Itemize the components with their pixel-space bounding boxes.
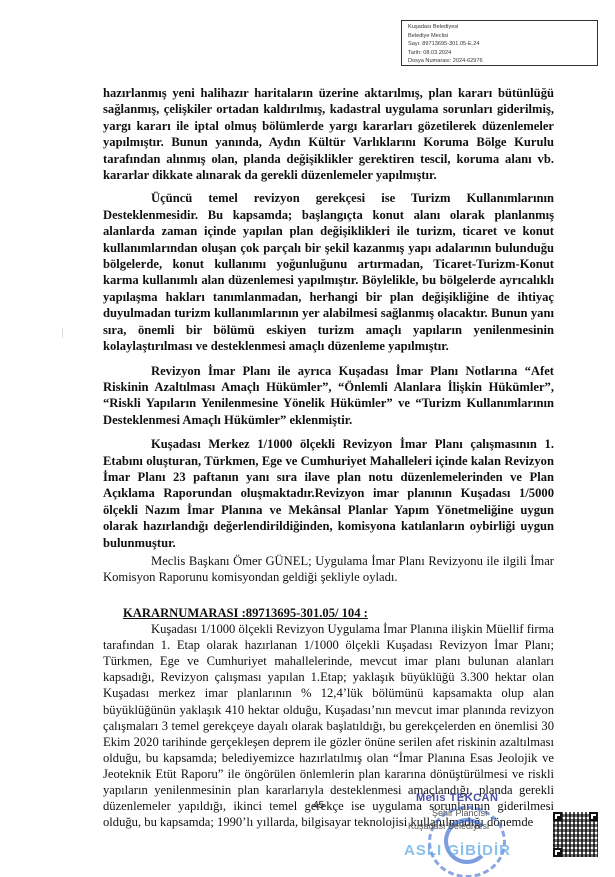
official-stamp: Melis TEKCAN Şehir Plancısı Kuşadası Bel…	[396, 790, 536, 877]
qr-finder-icon	[553, 848, 562, 857]
header-file-number: Dosya Numarası: 2024-62976	[408, 57, 591, 66]
stamp-signer-name: Melis TEKCAN	[416, 792, 498, 804]
paragraph-continuation: hazırlanmış yeni halihazır haritaların ü…	[103, 85, 554, 183]
paragraph-plan-notes: Revizyon İmar Planı ile ayrıca Kuşadası …	[103, 363, 554, 429]
stamp-organization: Kuşadası Belediyesi	[408, 821, 489, 831]
decision-number-title: KARARNUMARASI :89713695-301.05/ 104 :	[123, 605, 554, 621]
qr-finder-icon	[589, 812, 598, 821]
paragraph-merkez-plan: Kuşadası Merkez 1/1000 ölçekli Revizyon …	[103, 436, 554, 551]
stamp-signer-role: Şehir Plancısı	[432, 808, 488, 818]
document-header-box: Kuşadası Belediyesi Belediye Meclisi Say…	[401, 20, 598, 66]
qr-finder-icon	[553, 812, 562, 821]
header-council: Belediye Meclisi	[408, 32, 591, 41]
vote-text: Meclis Başkanı Ömer GÜNEL; Uygulama İmar…	[103, 553, 554, 585]
commission-report-body: hazırlanmış yeni halihazır haritaların ü…	[103, 85, 554, 551]
qr-code-icon	[553, 812, 598, 857]
paragraph-third-reason: Üçüncü temel revizyon gerekçesi ise Turi…	[103, 190, 554, 354]
page-number: 45	[313, 800, 324, 811]
margin-mark	[62, 328, 71, 338]
stamp-certified-copy: ASLI GİBİDİR	[404, 842, 511, 859]
header-institution: Kuşadası Belediyesi	[408, 23, 591, 32]
header-number: Sayı: 89713695-301.05-E.24	[408, 40, 591, 49]
vote-statement: Meclis Başkanı Ömer GÜNEL; Uygulama İmar…	[103, 553, 554, 585]
header-date: Tarih: 08.03.2024	[408, 49, 591, 58]
